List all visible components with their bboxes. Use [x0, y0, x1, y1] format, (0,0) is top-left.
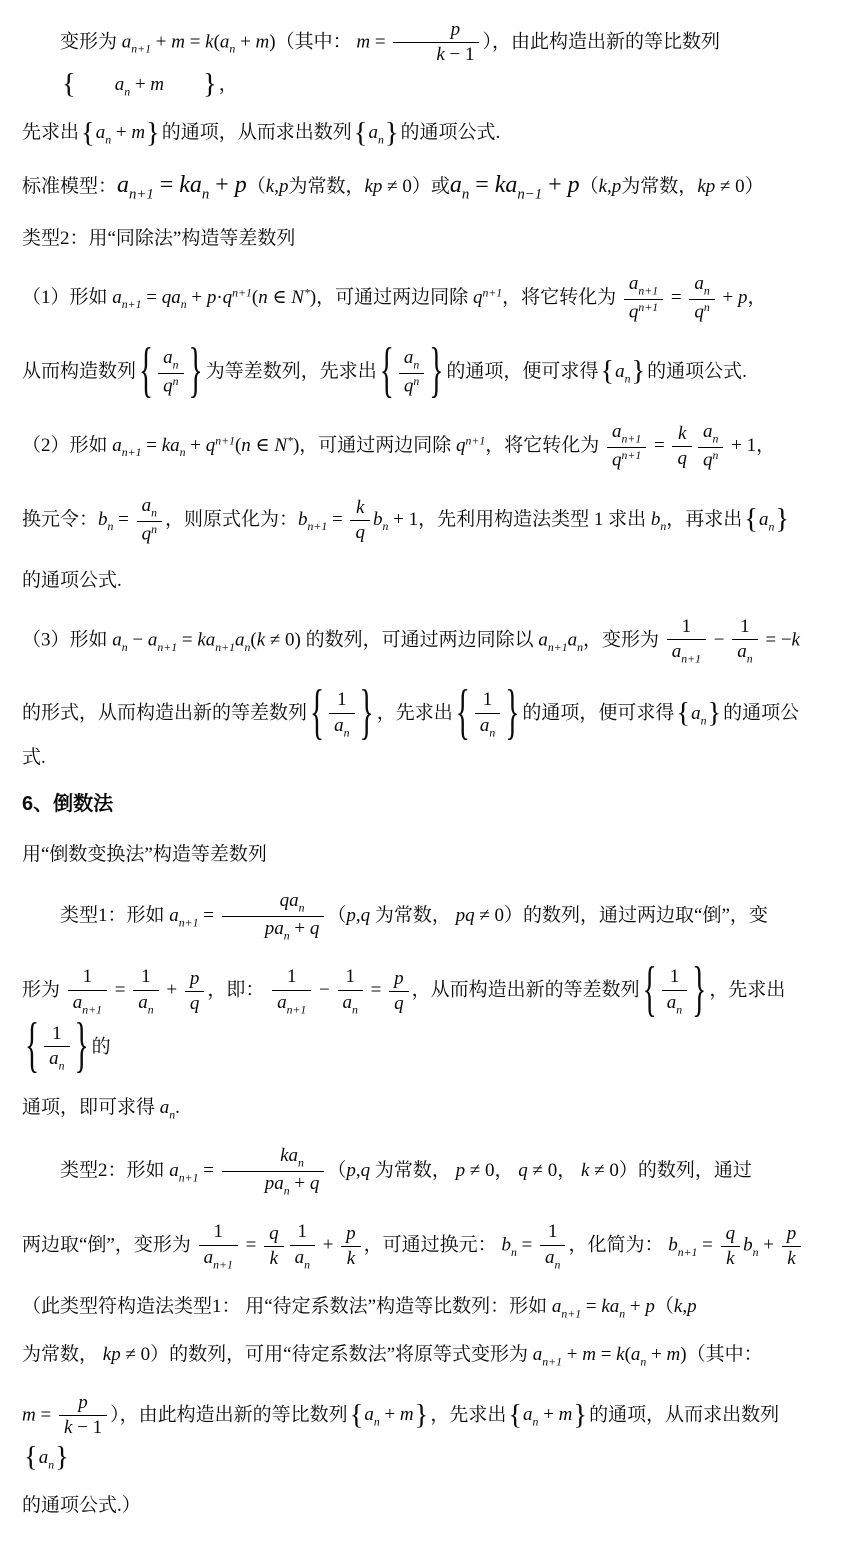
math-var: k [257, 629, 265, 650]
fraction: 1an+1 [272, 966, 311, 1017]
braced-content: 1an [659, 963, 690, 1020]
fraction-numerator: an [698, 421, 723, 448]
math-var: k [726, 1248, 734, 1269]
fraction-denominator: an [662, 991, 687, 1017]
math-subscript: n+1 [548, 641, 568, 654]
fraction-denominator: k [721, 1247, 741, 1270]
text-run: ，先求出 [430, 1404, 506, 1425]
math-subscript: n [298, 1156, 304, 1169]
math-var: a [160, 1097, 170, 1118]
math-var: k [347, 1248, 355, 1269]
close-brace-icon: } [73, 1017, 91, 1079]
fraction-denominator: an [540, 1246, 565, 1272]
math-subscript: n+1 [542, 1356, 562, 1369]
math-superscript: n [173, 375, 179, 388]
para-case3-cont: 的形式，从而构造出新的等差数列{1an}，先求出{1an}的通项，便可求得{an… [22, 686, 821, 772]
fraction: an+1qn+1 [624, 273, 663, 324]
math-op: ≠ 0 [715, 176, 744, 197]
math-op: 1 [287, 966, 297, 987]
math-var: a [169, 1160, 179, 1181]
open-brace-icon: { [23, 1444, 39, 1473]
braced-sequence: {anqn} [378, 344, 446, 401]
math-var: a [672, 641, 682, 662]
fraction-numerator: qan [222, 890, 325, 917]
text-run: ），由此构造出新的等比数列 [110, 1404, 348, 1425]
close-brace-icon: } [54, 1444, 70, 1473]
math-subscript: n+1 [213, 1258, 233, 1271]
math-var: a [39, 1447, 49, 1468]
math-subscript: n+1 [681, 652, 701, 665]
math-var: a [691, 703, 701, 724]
braced-content: an + m [364, 1400, 413, 1432]
fraction: anqn [137, 495, 162, 546]
text-run: 为常数， [288, 176, 364, 197]
math-var: kp [697, 176, 715, 197]
math-subscript: n [747, 652, 753, 665]
fraction-numerator: an+1 [607, 421, 646, 448]
math-op: 1 [483, 689, 493, 710]
fraction-denominator: qn [689, 300, 714, 324]
fraction: kq [672, 423, 692, 471]
document-page: 变形为 an+1 + m = k(an + m)（其中： m = pk − 1）… [0, 0, 847, 1548]
fraction-numerator: an [137, 495, 162, 522]
para-reciprocal-intro: 用“倒数变换法”构造等差数列 [22, 840, 821, 869]
fraction-denominator: k [782, 1247, 802, 1270]
fraction-numerator: an [689, 273, 714, 300]
math-op: + [318, 1235, 338, 1256]
open-brace-icon: { [675, 700, 691, 729]
text-run: （3）形如 [22, 629, 112, 650]
math-var: k [436, 44, 444, 65]
text-run: ），由此构造出新的等比数列 [482, 31, 720, 52]
fraction: 1an [540, 1221, 565, 1272]
math-subscript: n+1 [678, 1246, 698, 1259]
fraction-denominator: q [185, 992, 205, 1015]
math-var: p [787, 1223, 797, 1244]
math-var: q [361, 1160, 371, 1181]
math-op: = [666, 287, 686, 308]
math-var: k [792, 629, 800, 650]
text-run: 两边取“倒”，变形为 [22, 1235, 196, 1256]
braced-content: an [368, 118, 383, 150]
math-op: = [141, 287, 161, 308]
math-op: = [469, 172, 494, 198]
fraction: 1an+1 [667, 616, 706, 667]
open-brace-icon: { [641, 961, 659, 1023]
text-run: ，可通过换元： [364, 1235, 502, 1256]
math-var: p [456, 1160, 466, 1181]
math-superscript: n [704, 301, 710, 314]
braced-sequence: {an} [353, 118, 400, 150]
fraction: 1an [475, 689, 500, 740]
math-var: a [112, 287, 122, 308]
math-var: a [122, 31, 132, 52]
math-var: k [616, 1344, 624, 1365]
math-var: a [450, 172, 462, 198]
fraction-numerator: q [264, 1223, 284, 1247]
math-op: 1 [682, 616, 692, 637]
fraction-numerator: p [59, 1392, 107, 1416]
math-op: − 1 [445, 44, 475, 65]
fraction-numerator: 1 [662, 966, 687, 990]
math-var: a [545, 1247, 555, 1268]
text-run: 的通项公式.） [22, 1495, 141, 1516]
math-var: p [612, 176, 622, 197]
close-brace-icon: } [774, 506, 790, 535]
para-transform-intro: 变形为 an+1 + m = k(an + m)（其中： m = pk − 1）… [22, 16, 821, 101]
fraction-numerator: p [393, 19, 479, 43]
fraction: pq [185, 968, 205, 1016]
fraction: 1an [662, 966, 687, 1017]
text-run: 用“倒数变换法”构造等差数列 [22, 844, 267, 865]
math-op: 1 [337, 689, 347, 710]
para-case2-tail: 的通项公式. [22, 566, 821, 595]
math-op: 1 [548, 1221, 558, 1242]
math-var: q [361, 905, 371, 926]
braced-content: an [39, 1443, 54, 1475]
math-op: + 1 [726, 435, 756, 456]
text-run: 变形为 [60, 31, 122, 52]
math-op: ≠ 0 [475, 905, 504, 926]
text-run: ，将它转化为 [485, 435, 604, 456]
math-var: b [298, 509, 308, 530]
text-run: ，再求出 [666, 509, 742, 530]
fraction-denominator: qn [158, 374, 183, 398]
large-math: an = kan−1 + p [450, 172, 580, 198]
fraction-denominator: an+1 [199, 1246, 238, 1272]
close-brace-icon: } [572, 1402, 588, 1431]
math-op: + [718, 287, 738, 308]
math-op: 1 [345, 966, 355, 987]
math-op: + [130, 74, 150, 95]
fraction: anqn [399, 347, 424, 398]
math-var: q [629, 302, 639, 323]
braced-sequence: {1an} [23, 1020, 91, 1077]
math-op: + [646, 1344, 666, 1365]
para-type2-heading: 类型2：用“同除法”构造等差数列 [22, 224, 821, 253]
math-var: q [223, 287, 233, 308]
math-op: + [209, 172, 234, 198]
text-run: ）的数列，可用“待定系数法”将原等式变形为 [150, 1344, 533, 1365]
para-recip-type1-tail: 通项，即可求得 an. [22, 1093, 821, 1125]
math-op: + [235, 31, 255, 52]
math-var: kp [364, 176, 382, 197]
math-var: a [552, 1296, 562, 1317]
text-run: ，从而构造出新的等差数列 [412, 980, 640, 1001]
text-run: 为常数， [370, 1160, 456, 1181]
close-brace-icon: } [164, 71, 218, 100]
math-var: m [256, 31, 270, 52]
math-op: + [151, 31, 171, 52]
math-subscript: n [148, 1003, 154, 1016]
text-run: 的 [92, 1036, 111, 1057]
fraction-denominator: q [389, 992, 409, 1015]
math-var: a [112, 629, 122, 650]
math-var: a [295, 1247, 305, 1268]
fraction-denominator: k [264, 1247, 284, 1270]
math-subscript: n [344, 726, 350, 739]
fraction-numerator: an [399, 347, 424, 374]
math-var: a [112, 435, 122, 456]
para-note-cont1: 为常数， kp ≠ 0）的数列，可用“待定系数法”将原等式变形为 an+1 + … [22, 1340, 821, 1372]
math-op: = [517, 1235, 537, 1256]
math-var: p [207, 287, 217, 308]
para-recip-type2: 类型2：形如 an+1 = kanpan + q（p,q 为常数， p ≠ 0，… [22, 1142, 821, 1201]
math-op: + 1 [388, 509, 418, 530]
fraction-numerator: 1 [199, 1221, 238, 1245]
math-var: k [787, 1248, 795, 1269]
math-var: a [404, 347, 414, 368]
fraction: 1an+1 [68, 966, 107, 1017]
fraction-denominator: an [329, 714, 354, 740]
fraction-denominator: k − 1 [59, 1416, 107, 1439]
braced-content: 1an [326, 686, 357, 743]
math-op: + [186, 435, 206, 456]
math-var: a [163, 347, 173, 368]
math-var: k [678, 423, 686, 444]
math-subscript: n [59, 1059, 65, 1072]
math-var: p [346, 1223, 356, 1244]
fraction-numerator: k [672, 423, 692, 447]
math-var: a [204, 1247, 214, 1268]
math-op: 1 [213, 1221, 223, 1242]
math-var: a [737, 641, 747, 662]
text-run: 6、倒数法 [22, 793, 113, 815]
fraction: kanpan + q [222, 1145, 325, 1198]
text-run: 类型2：用“同除法”构造等差数列 [22, 228, 295, 249]
close-brace-icon: } [690, 961, 708, 1023]
close-brace-icon: } [187, 342, 205, 404]
math-var: q [163, 376, 173, 397]
text-run: ， [219, 74, 238, 95]
math-var: m [131, 122, 145, 143]
text-run: 换元令： [22, 509, 98, 530]
math-var: a [277, 992, 287, 1013]
fraction: pk − 1 [59, 1392, 107, 1440]
open-brace-icon: { [137, 342, 155, 404]
math-op: + [380, 1404, 400, 1425]
math-var: p [394, 968, 404, 989]
math-subscript: n [413, 358, 419, 371]
close-brace-icon: } [503, 684, 521, 746]
math-var: p [451, 19, 461, 40]
math-var: k [205, 31, 213, 52]
math-var: m [356, 31, 370, 52]
math-subscript: n [151, 507, 157, 520]
document-body: 变形为 an+1 + m = k(an + m)（其中： m = pk − 1）… [22, 16, 821, 1521]
math-var: ka [601, 1296, 619, 1317]
math-op: + [111, 122, 131, 143]
math-op: = [154, 172, 179, 198]
math-subscript: n+1 [215, 641, 235, 654]
fraction: 1an [732, 616, 757, 667]
math-op: 1 [298, 1221, 308, 1242]
math-subscript: n [173, 358, 179, 371]
para-case2-cont: 换元令：bn = anqn，则原式化为：bn+1 = kqbn + 1，先利用构… [22, 492, 821, 549]
math-subscript: n [704, 284, 710, 297]
braced-sequence: {an + m} [349, 1400, 430, 1432]
math-var: p [346, 1160, 356, 1181]
fraction-denominator: q [350, 521, 370, 544]
braced-content: anqn [155, 344, 186, 401]
fraction-denominator: pan + q [222, 917, 325, 943]
fraction: 1an+1 [199, 1221, 238, 1272]
text-run: （1）形如 [22, 287, 112, 308]
math-op: = [370, 31, 390, 52]
fraction: 1an [338, 966, 363, 1017]
math-subscript: n [304, 1258, 310, 1271]
math-var: pq [456, 905, 475, 926]
text-run: 为等差数列，先求出 [206, 361, 377, 382]
braced-sequence: {an} [23, 1443, 70, 1475]
math-var: q [355, 522, 365, 543]
text-run: ， [557, 1160, 581, 1181]
fraction-numerator: 1 [68, 966, 107, 990]
math-op: 1 [83, 966, 93, 987]
math-var: pa [265, 1173, 284, 1194]
math-var: p [78, 1392, 88, 1413]
math-superscript: n+1 [232, 286, 252, 299]
math-var: a [343, 992, 353, 1013]
math-op: ∈ [251, 435, 275, 456]
text-run: ，化简为： [568, 1235, 668, 1256]
open-brace-icon: { [80, 120, 96, 149]
math-var: p [687, 1296, 697, 1317]
text-run: （其中： [276, 31, 357, 52]
fraction: anqn [698, 421, 723, 472]
open-brace-icon: { [743, 506, 759, 535]
fraction: anqn [689, 273, 714, 324]
math-var: N [274, 435, 287, 456]
fraction-numerator: k [350, 497, 370, 521]
math-var: q [142, 524, 152, 545]
math-op: + [538, 1404, 558, 1425]
math-var: a [220, 31, 230, 52]
math-var: N [291, 287, 304, 308]
text-run: （其中： [687, 1344, 763, 1365]
braced-sequence: {an + m} [80, 118, 161, 150]
text-run: 的形式，从而构造出新的等差数列 [22, 703, 307, 724]
math-subscript: n [555, 1258, 561, 1271]
math-op: 1 [52, 1023, 62, 1044]
math-var: a [148, 629, 158, 650]
braced-content: an [691, 699, 706, 731]
math-op: = [177, 629, 197, 650]
math-var: a [759, 509, 769, 530]
math-op: + [625, 1296, 645, 1317]
math-var: m [667, 1344, 681, 1365]
math-var: ka [280, 1145, 298, 1166]
math-var: q [206, 435, 216, 456]
math-subscript: n+1 [561, 1307, 581, 1320]
fraction-numerator: p [185, 968, 205, 992]
para-recip-type1: 类型1：形如 an+1 = qanpan + q（p,q 为常数， pq ≠ 0… [22, 887, 821, 946]
close-brace-icon: } [145, 120, 161, 149]
braced-sequence: {1an} [641, 963, 709, 1020]
text-run: （ [655, 1296, 674, 1317]
math-op: + [162, 980, 182, 1001]
text-run: （ [247, 176, 266, 197]
para-note-tail: 的通项公式.） [22, 1491, 821, 1520]
math-superscript: n+1 [466, 435, 486, 448]
math-var: p [568, 172, 580, 198]
text-run: ，可通过两边同除 [316, 287, 473, 308]
para-recip-type2-cont: 两边取“倒”，变形为 1an+1 = qk1an + pk，可通过换元： bn … [22, 1218, 821, 1275]
math-subscript: n−1 [517, 187, 542, 203]
fraction: pk [341, 1223, 361, 1271]
fraction-numerator: 1 [290, 1221, 315, 1245]
fraction-denominator: an [475, 714, 500, 740]
text-run: 的通项公式. [401, 123, 501, 144]
math-var: p [346, 905, 356, 926]
text-run: 通项，即可求得 [22, 1097, 160, 1118]
braced-content: an + m [96, 118, 145, 150]
math-var: pa [265, 918, 284, 939]
text-run: ，变形为 [583, 629, 664, 650]
fraction: qk [721, 1223, 741, 1271]
fraction-numerator: 1 [667, 616, 706, 640]
para-recip-type1-cont: 形为 1an+1 = 1an + pq，即： 1an+1 − 1an = pq，… [22, 963, 821, 1076]
math-var: q [310, 1173, 320, 1194]
math-op: − [709, 629, 729, 650]
math-op: ≠ 0 [121, 1344, 150, 1365]
open-brace-icon: { [349, 1402, 365, 1431]
fraction-numerator: an [158, 347, 183, 374]
math-var: a [115, 74, 125, 95]
para-case2: （2）形如 an+1 = kan + qn+1(n ∈ N*)，可通过两边同除 … [22, 418, 821, 475]
math-var: a [169, 905, 179, 926]
text-run: （2）形如 [22, 435, 112, 456]
text-run: ， [495, 1160, 519, 1181]
text-run: ）的数列，通过两边取“倒”，变 [504, 905, 768, 926]
fraction: pq [389, 968, 409, 1016]
close-brace-icon: } [358, 684, 376, 746]
braced-sequence: {an + m} [23, 70, 218, 102]
close-brace-icon: } [414, 1402, 430, 1431]
text-run: 的通项，便可求得 [446, 361, 598, 382]
heading-reciprocal-method: 6、倒数法 [22, 789, 821, 820]
math-superscript: n [413, 375, 419, 388]
math-var: ka [495, 172, 518, 198]
math-op: = [185, 31, 205, 52]
math-var: q [612, 450, 622, 471]
math-subscript: n+1 [638, 284, 658, 297]
math-subscript: n [299, 901, 305, 914]
math-subscript: n+1 [122, 298, 142, 311]
math-var: a [138, 992, 148, 1013]
fraction: qanpan + q [222, 890, 325, 943]
math-op: + [562, 1344, 582, 1365]
math-var: qa [162, 287, 181, 308]
fraction-denominator: qn [137, 522, 162, 546]
text-run: ，先求出 [709, 980, 785, 1001]
math-var: a [694, 273, 704, 294]
fraction-numerator: 1 [732, 616, 757, 640]
fraction-numerator: 1 [475, 689, 500, 713]
braced-content: an [759, 505, 774, 537]
text-run: ，则原式化为： [165, 509, 298, 530]
math-var: k [266, 176, 274, 197]
text-run: 为常数， [370, 905, 456, 926]
fraction-numerator: 1 [540, 1221, 565, 1245]
math-var: kp [103, 1344, 121, 1365]
math-var: a [480, 715, 490, 736]
fraction: an+1qn+1 [607, 421, 646, 472]
math-op: 1 [740, 616, 750, 637]
text-run: 类型1：形如 [60, 905, 169, 926]
math-var: k [599, 176, 607, 197]
para-standard-model: 标准模型：an+1 = kan + p（k,p为常数，kp ≠ 0）或an = … [22, 167, 821, 207]
